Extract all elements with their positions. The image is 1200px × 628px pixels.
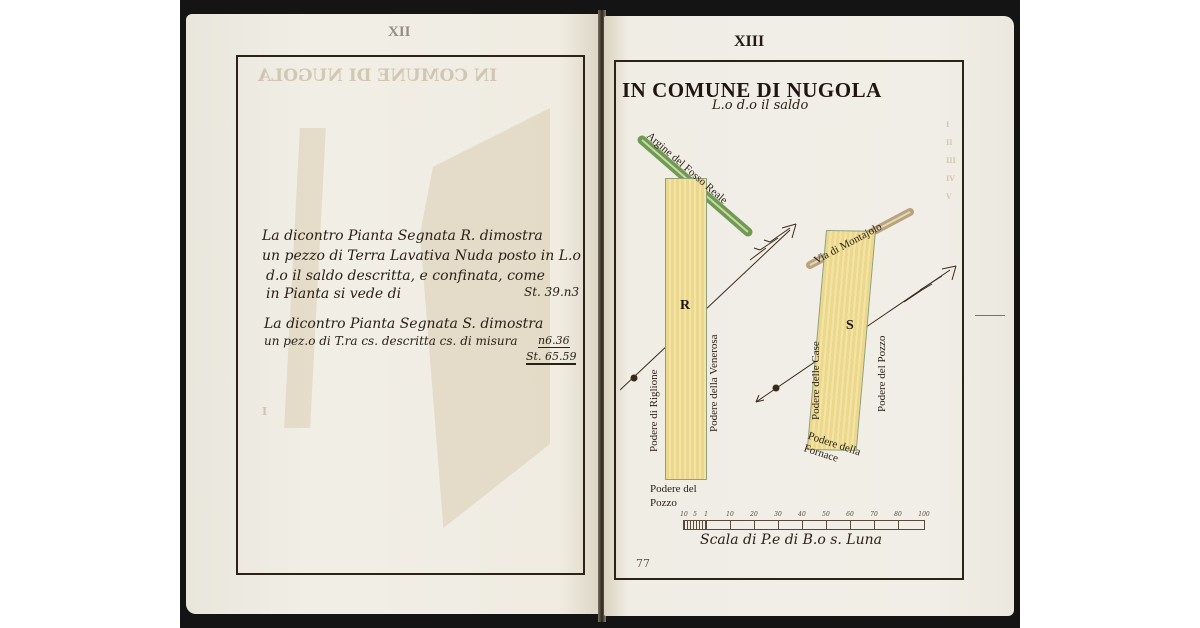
scale-tick-label: 1 <box>704 511 708 518</box>
scale-tick-label: 50 <box>822 511 830 518</box>
scale-tick-label: 10 <box>726 511 734 518</box>
folio-number: 77 <box>636 557 650 570</box>
right-page-number: XIII <box>734 33 764 51</box>
paragraph-line: La dicontro Pianta Segnata S. dimostra <box>264 316 543 332</box>
paragraph-line: La dicontro Pianta Segnata R. dimostra <box>262 228 543 244</box>
scale-label: Scala di P.e di B.o s. Luna <box>700 532 882 548</box>
parcel-r <box>665 178 707 480</box>
label-r-left: Podere di Riglione <box>648 370 660 453</box>
measure-value: n6.36 <box>538 334 570 348</box>
scale-tick-label: 100 <box>918 511 929 518</box>
scale-tick-label: 5 <box>693 511 697 518</box>
paragraph-line: in Pianta si vede di <box>266 286 401 302</box>
paragraph-line: un pez.o di T.ra cs. descritta cs. di mi… <box>264 334 518 348</box>
label-r-right: Podere della Venerosa <box>708 334 720 432</box>
scale-tick-label: 30 <box>774 511 782 518</box>
scale-tick-label: 80 <box>894 511 902 518</box>
parcel-s-letter: S <box>846 318 854 334</box>
parcel-r-letter: R <box>680 298 690 314</box>
scale-tick-label: 70 <box>870 511 878 518</box>
paragraph-line: d.o il saldo descritta, e confinata, com… <box>266 268 545 284</box>
scale-tick-label: 20 <box>750 511 758 518</box>
label-s-right: Podere del Pozzo <box>876 336 888 412</box>
bleed-through-title: IN COMUNE DI NUGOLA <box>258 66 497 86</box>
bleed-through-margin-mark: I <box>262 405 267 418</box>
label-r-bottom: Podere del Pozzo <box>650 482 720 510</box>
scale-tick-label: 40 <box>798 511 806 518</box>
paragraph-line: un pezzo di Terra Lavativa Nuda posto in… <box>262 248 581 264</box>
measure-value: St. 39.n3 <box>524 285 579 299</box>
map-subtitle: L.o d.o il saldo <box>712 98 808 113</box>
scale-bar: 10 5 1 10 20 30 40 50 60 70 80 100 <box>683 520 925 530</box>
total-measure: St. 65.59 <box>526 350 576 365</box>
left-page-number: XII <box>388 24 411 41</box>
scale-tick-label: 10 <box>680 511 688 518</box>
label-s-left: Podere delle Case <box>810 341 822 420</box>
scale-tick-label: 60 <box>846 511 854 518</box>
